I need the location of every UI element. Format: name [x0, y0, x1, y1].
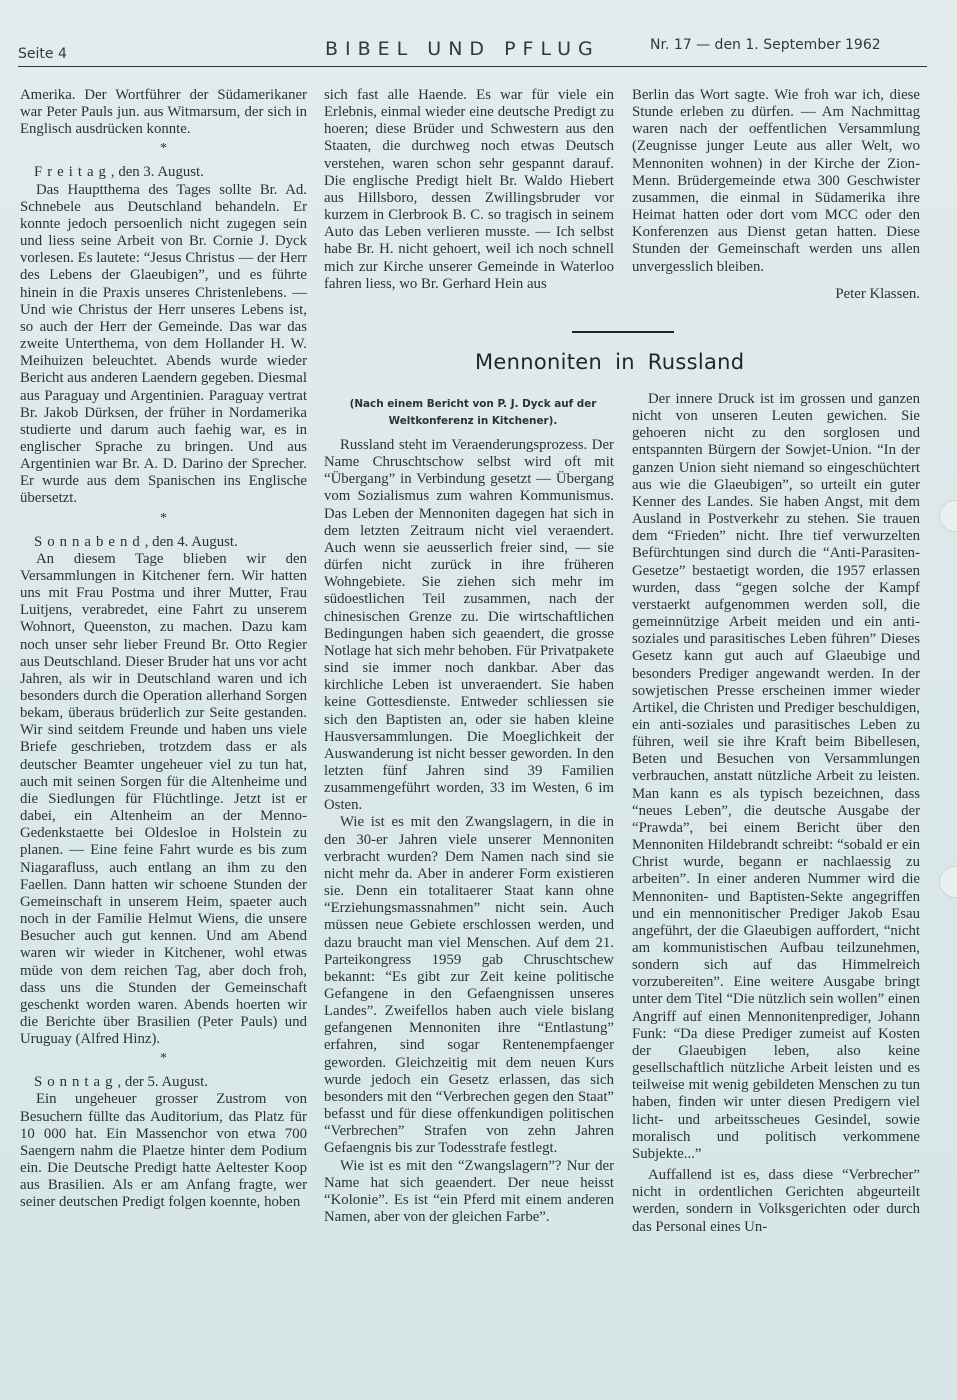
article-column-2: Der innere Druck ist im grossen und ganz… [632, 391, 920, 1236]
day-name: Freitag [34, 164, 111, 180]
report-column-1: Amerika. Der Wortführer der Südamerikane… [20, 87, 307, 1212]
binder-hole-mark [939, 866, 957, 898]
issue-date: Nr. 17 — den 1. September 1962 [650, 37, 881, 53]
article-subtitle: (Nach einem Bericht von P. J. Dyck auf d… [328, 396, 618, 430]
report-column-3: Berlin das Wort sagte. Wie froh war ich,… [632, 87, 920, 303]
section-divider-star: * [20, 1048, 307, 1070]
newspaper-page: Seite 4 BIBEL UND PFLUG Nr. 17 — den 1. … [0, 0, 957, 1400]
article-paragraph: Auffallend ist es, dass diese “Verbreche… [632, 1167, 920, 1236]
day-date: , den 3. August. [111, 164, 204, 180]
page-header: Seite 4 BIBEL UND PFLUG Nr. 17 — den 1. … [18, 32, 927, 72]
friday-paragraph: Das Hauptthema des Tages sollte Br. Ad. … [20, 182, 307, 508]
report-ending: Berlin das Wort sagte. Wie froh war ich,… [632, 87, 920, 276]
report-continuation: sich fast alle Haende. Es war für viele … [324, 87, 614, 293]
article-paragraph: Der innere Druck ist im grossen und ganz… [632, 391, 920, 1163]
day-date: , der 5. August. [118, 1074, 208, 1090]
article-separator-rule [572, 331, 674, 333]
sunday-paragraph: Ein ungeheuer grosser Zustrom von Besuch… [20, 1091, 307, 1211]
day-heading-friday: Freitag, den 3. August. [20, 164, 307, 181]
article-paragraph: Russland steht im Veraenderungsprozess. … [324, 437, 614, 814]
report-intro: Amerika. Der Wortführer der Südamerikane… [20, 87, 307, 138]
section-divider-star: * [20, 508, 307, 530]
header-rule [18, 66, 927, 67]
article-paragraph: Wie ist es mit den Zwangslagern, in die … [324, 814, 614, 1157]
article-headline: Mennoniten in Russland [475, 350, 744, 374]
binder-hole-mark [939, 500, 957, 532]
page-number: Seite 4 [18, 46, 67, 62]
article-paragraph: Wie ist es mit den “Zwangslagern”? Nur d… [324, 1158, 614, 1227]
report-column-2: sich fast alle Haende. Es war für viele … [324, 87, 614, 293]
article-column-1: Russland steht im Veraenderungsprozess. … [324, 437, 614, 1226]
section-divider-star: * [20, 138, 307, 160]
day-date: , den 4. August. [145, 534, 238, 550]
day-heading-sunday: Sonntag, der 5. August. [20, 1074, 307, 1091]
saturday-paragraph: An diesem Tage blieben wir den Versammlu… [20, 551, 307, 1049]
publication-title: BIBEL UND PFLUG [325, 38, 600, 60]
day-name: Sonnabend [34, 534, 145, 550]
day-heading-saturday: Sonnabend, den 4. August. [20, 534, 307, 551]
author-signature: Peter Klassen. [632, 286, 920, 303]
day-name: Sonntag [34, 1074, 118, 1090]
